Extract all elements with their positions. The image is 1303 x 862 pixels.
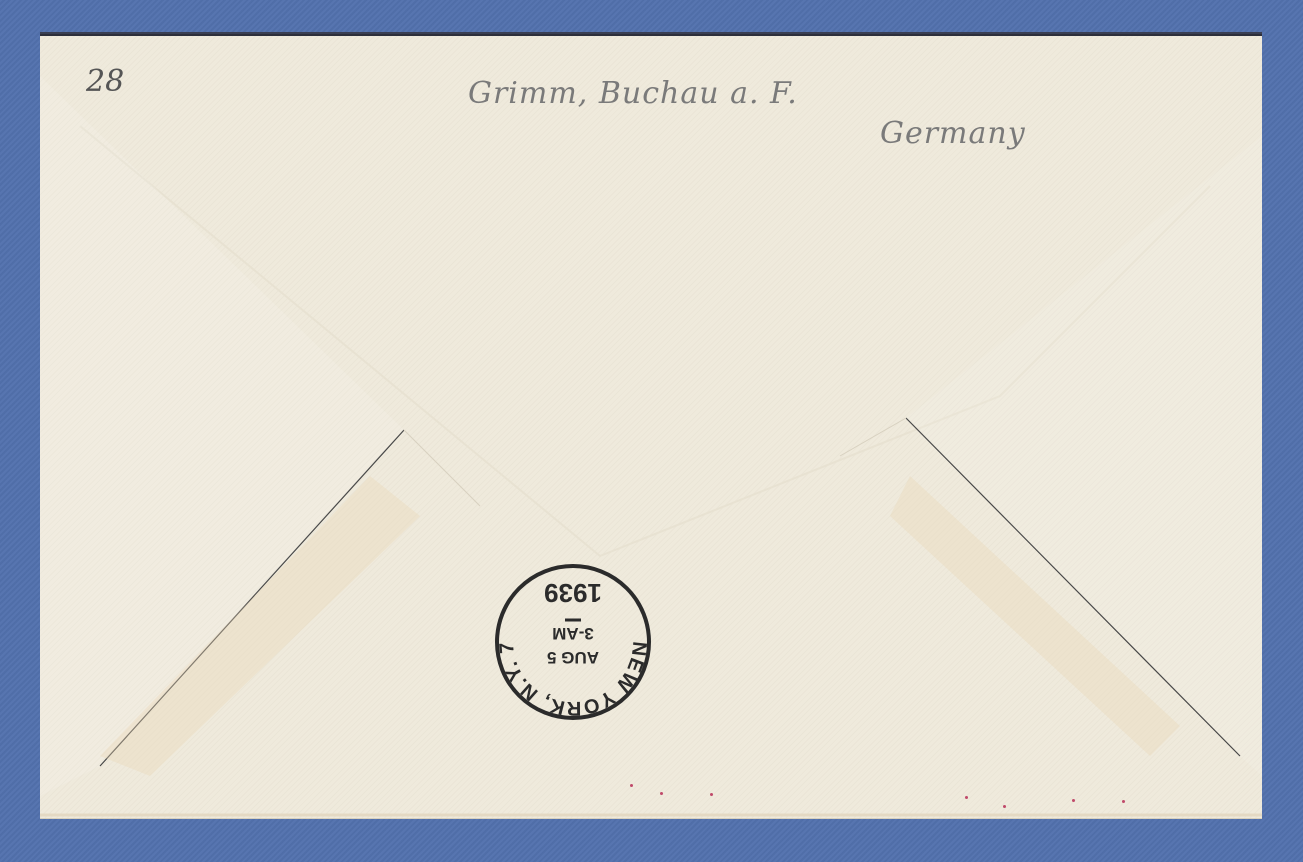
envelope-back: 28 Grimm, Buchau a. F. Germany NEW YORK,…: [40, 34, 1262, 818]
corner-number: 28: [86, 64, 124, 99]
sender-country-line: Germany: [880, 116, 1026, 151]
postmark-date: AUG 5: [547, 648, 599, 667]
postmark-year: 1939: [544, 578, 602, 608]
postmark-stamp: NEW YORK, N.Y. 7 AUG 5 3-AM 1939: [491, 560, 655, 724]
postmark-time: 3-AM: [552, 624, 594, 643]
sender-name-line: Grimm, Buchau a. F.: [468, 76, 798, 111]
